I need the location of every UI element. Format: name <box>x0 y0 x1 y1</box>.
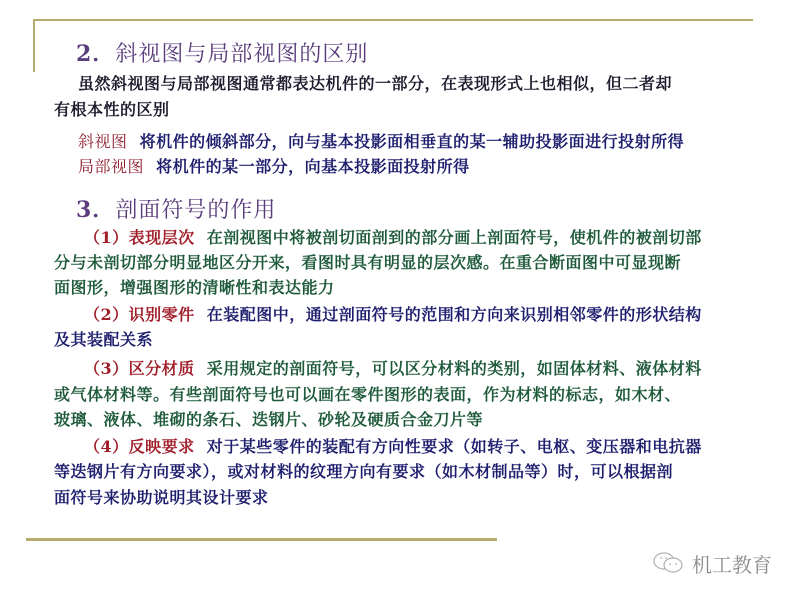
frame-top-rule <box>33 19 753 21</box>
section3-heading-number: 3． <box>76 197 115 223</box>
item1-line1: （1）表现层次 在剖视图中将被剖切面剖到的部分画上剖面符号，使机件的被剖切部 <box>84 226 702 250</box>
section3-heading-text: 剖面符号的作用 <box>115 198 276 223</box>
item1-line2: 分与未剖切部分明显地区分开来，看图时具有明显的层次感。在重合断面图中可显现断 <box>54 251 681 275</box>
item4-line2: 等迭钢片有方向要求），或对材料的纹理方向有要求（如木材制品等）时，可以根据剖 <box>54 460 673 484</box>
section2-intro-line2: 有根本性的区别 <box>54 98 170 122</box>
item1-line3: 面图形，增强图形的清晰性和表达能力 <box>54 276 335 300</box>
wechat-icon <box>652 551 686 575</box>
item3-line1: （3）区分材质 采用规定的剖面符号，可以区分材料的类别，如固体材料、液体材料 <box>84 357 702 381</box>
item3-line2: 或气体材料等。有些剖面符号也可以画在零件图形的表面，作为材料的标志，如木材、 <box>54 383 681 407</box>
watermark-text: 机工教育 <box>692 549 772 578</box>
item3-text: 采用规定的剖面符号，可以区分材料的类别，如固体材料、液体材料 <box>207 359 702 378</box>
item3-line3: 玻璃、液体、堆砌的条石、迭钢片、砂轮及硬质合金刀片等 <box>54 408 483 432</box>
item4-line1: （4）反映要求 对于某些零件的装配有方向性要求（如转子、电枢、变压器和电抗器 <box>84 435 702 459</box>
item1-text: 在剖视图中将被剖切面剖到的部分画上剖面符号，使机件的被剖切部 <box>207 228 702 247</box>
definition-text: 将机件的某一部分，向基本投影面投射所得 <box>156 157 470 176</box>
item4-label: （4）反映要求 <box>84 437 195 456</box>
item4-line3: 面符号来协助说明其设计要求 <box>54 486 269 510</box>
section2-heading: 2．斜视图与局部视图的区别 <box>76 37 368 68</box>
item3-label: （3）区分材质 <box>84 359 195 378</box>
section2-heading-text: 斜视图与局部视图的区别 <box>115 42 368 67</box>
section3-heading: 3．剖面符号的作用 <box>76 193 276 224</box>
definition-text: 将机件的倾斜部分，向与基本投影面相垂直的某一辅助投影面进行投射所得 <box>140 132 685 151</box>
definition-term: 局部视图 <box>78 157 144 176</box>
section2-intro-line1: 虽然斜视图与局部视图通常都表达机件的一部分，在表现形式上也相似，但二者却 <box>78 72 672 96</box>
frame-bottom-rule <box>26 538 497 541</box>
item1-label: （1）表现层次 <box>84 228 195 247</box>
section2-heading-number: 2． <box>76 41 115 67</box>
item4-text: 对于某些零件的装配有方向性要求（如转子、电枢、变压器和电抗器 <box>207 437 702 456</box>
item2-label: （2）识别零件 <box>84 305 195 324</box>
frame-left-rule <box>33 19 35 72</box>
item2-line1: （2）识别零件 在装配图中，通过剖面符号的范围和方向来识别相邻零件的形状结构 <box>84 303 702 327</box>
definition-partial-view: 局部视图 将机件的某一部分，向基本投影面投射所得 <box>78 155 470 179</box>
item2-line2: 及其装配关系 <box>54 328 153 352</box>
item2-text: 在装配图中，通过剖面符号的范围和方向来识别相邻零件的形状结构 <box>207 305 702 324</box>
definition-term: 斜视图 <box>78 132 128 151</box>
watermark: 机工教育 <box>652 550 772 576</box>
definition-oblique-view: 斜视图 将机件的倾斜部分，向与基本投影面相垂直的某一辅助投影面进行投射所得 <box>78 130 684 154</box>
